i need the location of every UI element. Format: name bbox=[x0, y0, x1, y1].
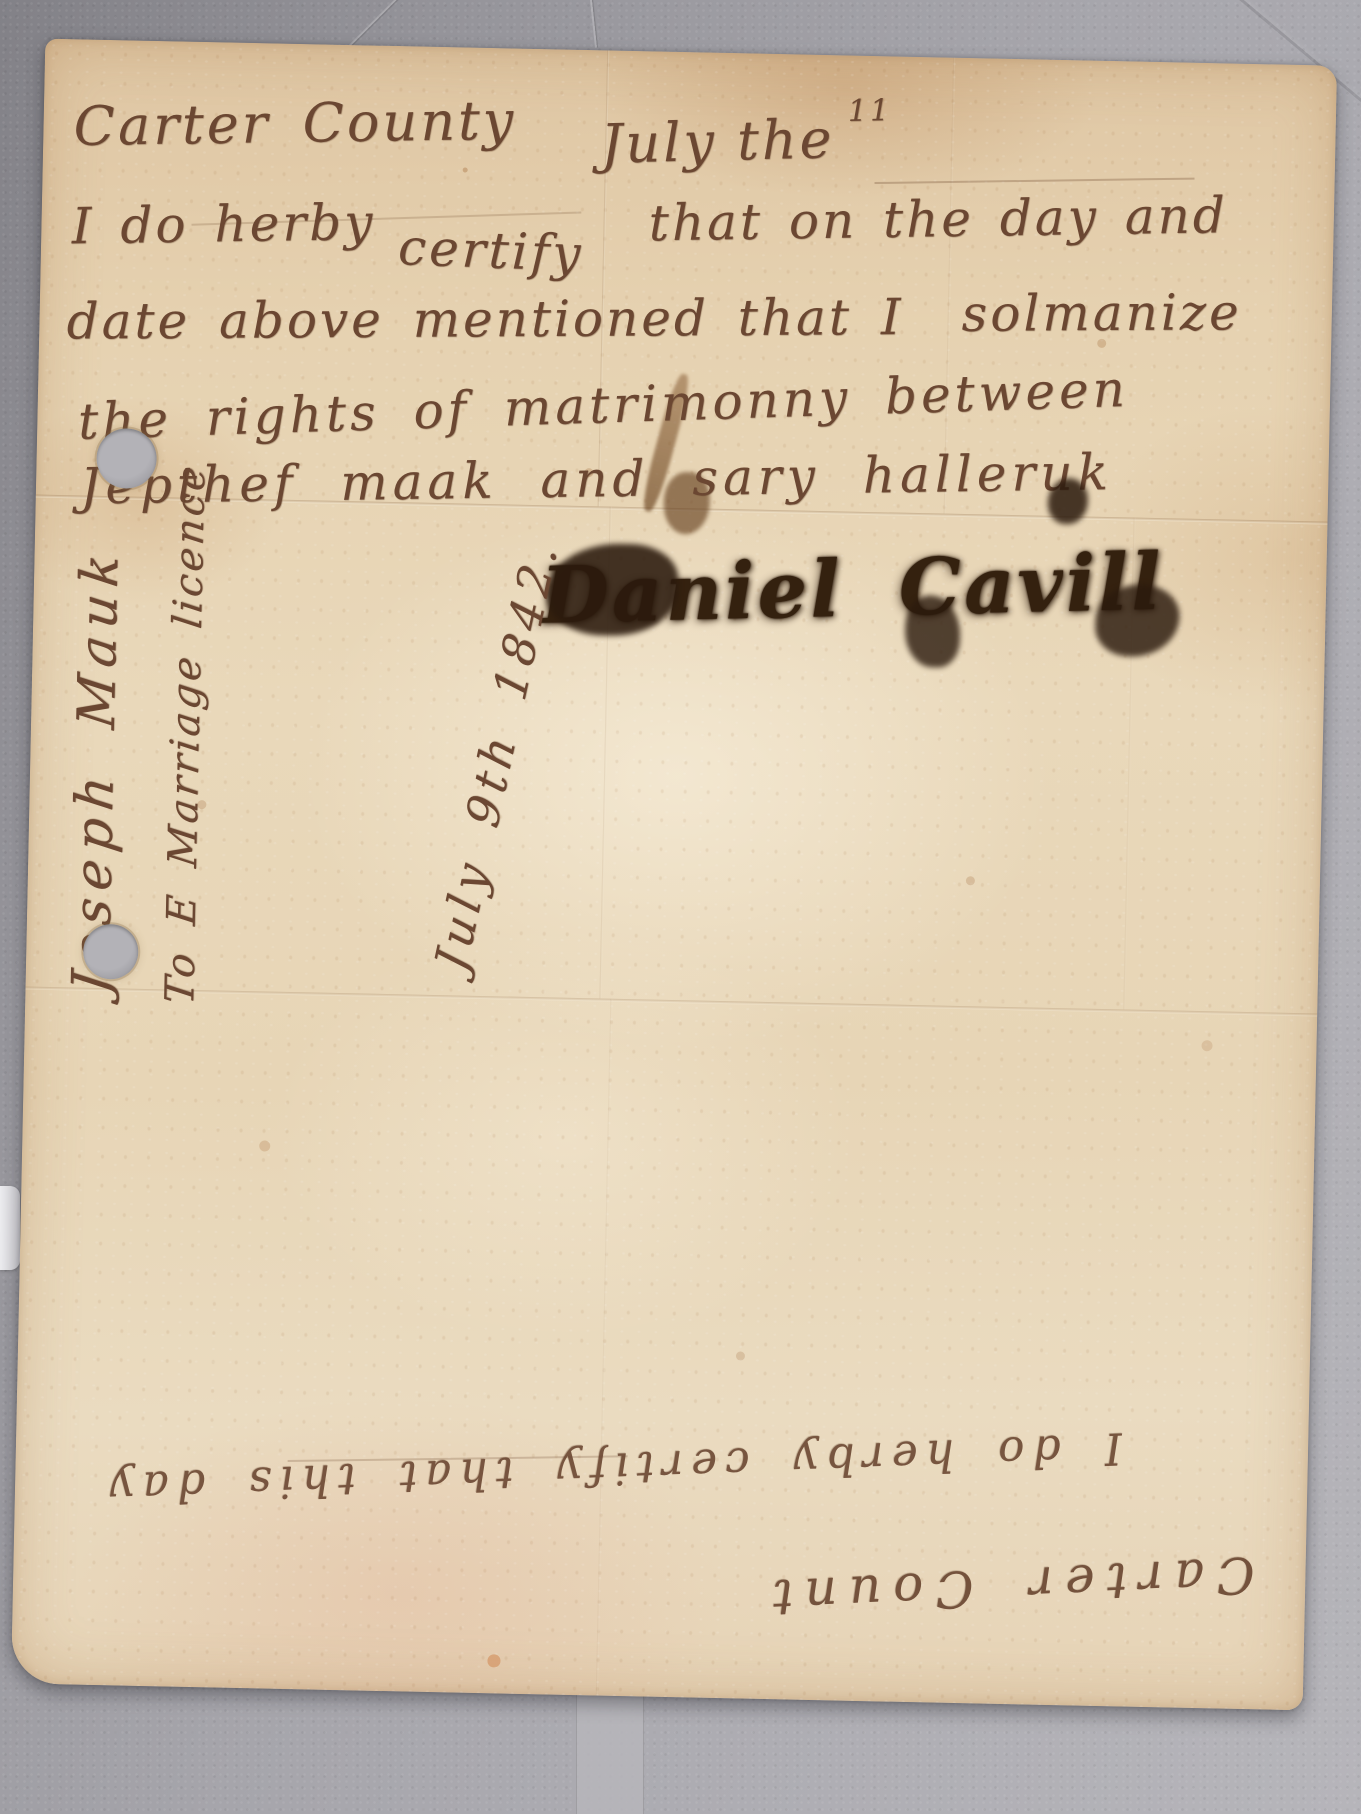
photo-of-document: Carter County July the11 I do herbycerti… bbox=[0, 0, 1361, 1814]
body-line-names: Jepthef maak and sary halleruk bbox=[80, 443, 1113, 515]
body-line-date-mentioned: date above mentioned that Isolmanize bbox=[66, 286, 1241, 350]
mat-seam-top-center bbox=[590, 0, 597, 48]
verso-county-line-upside-down: Carter Count bbox=[764, 1545, 1256, 1627]
fold-crease-horizontal-lower bbox=[25, 986, 1317, 1016]
heading-date-day: 11 bbox=[847, 93, 892, 129]
heading-date: July the11 bbox=[600, 93, 894, 176]
body-line-certify: I do herbycertifythat on the day and bbox=[71, 181, 1228, 255]
body-line3-start: date above mentioned that I bbox=[66, 288, 903, 350]
foxing-spots bbox=[463, 167, 468, 172]
docket-date-vertical: July 9th 1842. bbox=[424, 551, 565, 977]
body-line-matrimony: the rights of matrimonny between bbox=[77, 360, 1129, 451]
heading-place: Carter County bbox=[73, 89, 516, 158]
heading-date-text: July the bbox=[600, 107, 835, 175]
verso-certify-line-upside-down: I do herby certify that this day bbox=[102, 1422, 1123, 1514]
body-line2-end: that on the day and bbox=[648, 186, 1228, 252]
document-paper: Carter County July the11 I do herbycerti… bbox=[11, 39, 1337, 1711]
mat-seam-strip-bottom bbox=[576, 1688, 644, 1814]
docket-label-vertical: To E Marriage licence bbox=[157, 521, 213, 1007]
body-line2-certify-word: certify bbox=[397, 218, 584, 283]
punch-hole-bottom bbox=[83, 924, 139, 980]
fold-crease-vertical-bottom bbox=[596, 999, 613, 1696]
mat-edge-notch bbox=[0, 1186, 20, 1270]
signature: Daniel Cavill bbox=[540, 537, 1165, 642]
body-line2-start: I do herby bbox=[71, 193, 375, 255]
body-line3-end: solmanize bbox=[961, 283, 1241, 342]
